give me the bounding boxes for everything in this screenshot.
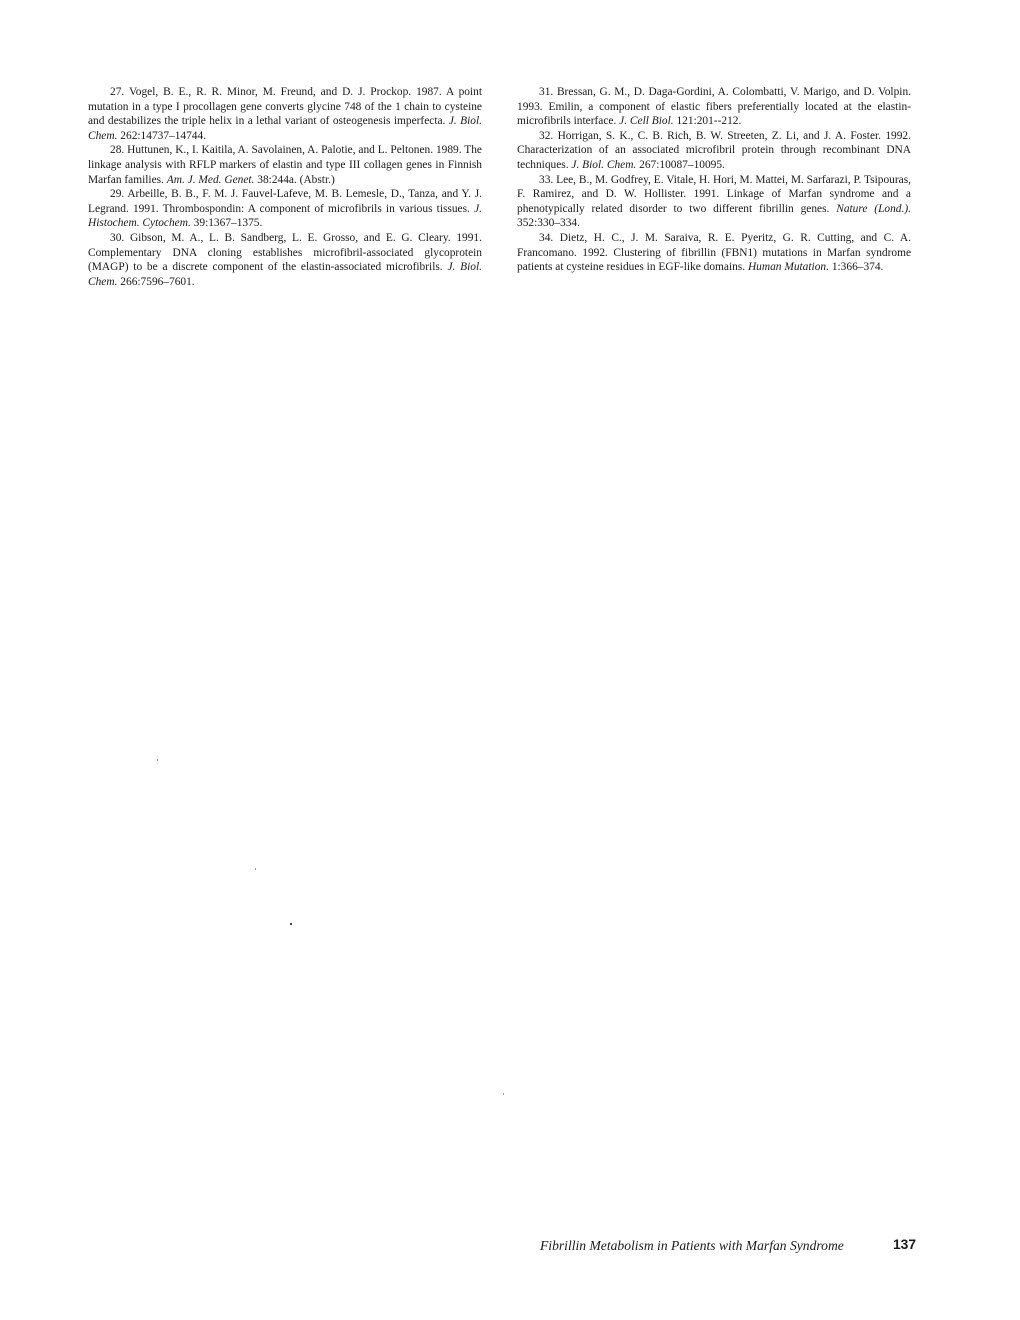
reference-30: 30. Gibson, M. A., L. B. Sandberg, L. E.… bbox=[88, 231, 482, 289]
reference-34: 34. Dietz, H. C., J. M. Saraiva, R. E. P… bbox=[517, 231, 911, 275]
reference-27: 27. Vogel, B. E., R. R. Minor, M. Freund… bbox=[88, 85, 482, 143]
page-footer: Fibrillin Metabolism in Patients with Ma… bbox=[540, 1238, 916, 1258]
reference-column-left: 27. Vogel, B. E., R. R. Minor, M. Freund… bbox=[88, 85, 482, 289]
page-number: 137 bbox=[893, 1237, 916, 1252]
scan-speck bbox=[290, 923, 292, 925]
reference-28: 28. Huttunen, K., I. Kaitila, A. Savolai… bbox=[88, 143, 482, 187]
reference-32: 32. Horrigan, S. K., C. B. Rich, B. W. S… bbox=[517, 129, 911, 173]
journal-name: J. Biol. Chem. bbox=[571, 159, 636, 171]
running-title: Fibrillin Metabolism in Patients with Ma… bbox=[540, 1238, 844, 1254]
reference-column-right: 31. Bressan, G. M., D. Daga-Gordini, A. … bbox=[517, 85, 911, 275]
reference-31: 31. Bressan, G. M., D. Daga-Gordini, A. … bbox=[517, 85, 911, 129]
scan-speck bbox=[503, 1093, 504, 1095]
reference-33: 33. Lee, B., M. Godfrey, E. Vitale, H. H… bbox=[517, 173, 911, 231]
scan-speck bbox=[255, 868, 256, 870]
journal-name: J. Cell Biol. bbox=[619, 115, 673, 127]
journal-name: Human Mutation. bbox=[748, 261, 829, 273]
reference-29: 29. Arbeille, B. B., F. M. J. Fauvel-Laf… bbox=[88, 187, 482, 231]
journal-name: Am. J. Med. Genet. bbox=[167, 174, 255, 186]
journal-name: Nature (Lond.). bbox=[836, 203, 911, 215]
scan-speck bbox=[157, 759, 158, 761]
